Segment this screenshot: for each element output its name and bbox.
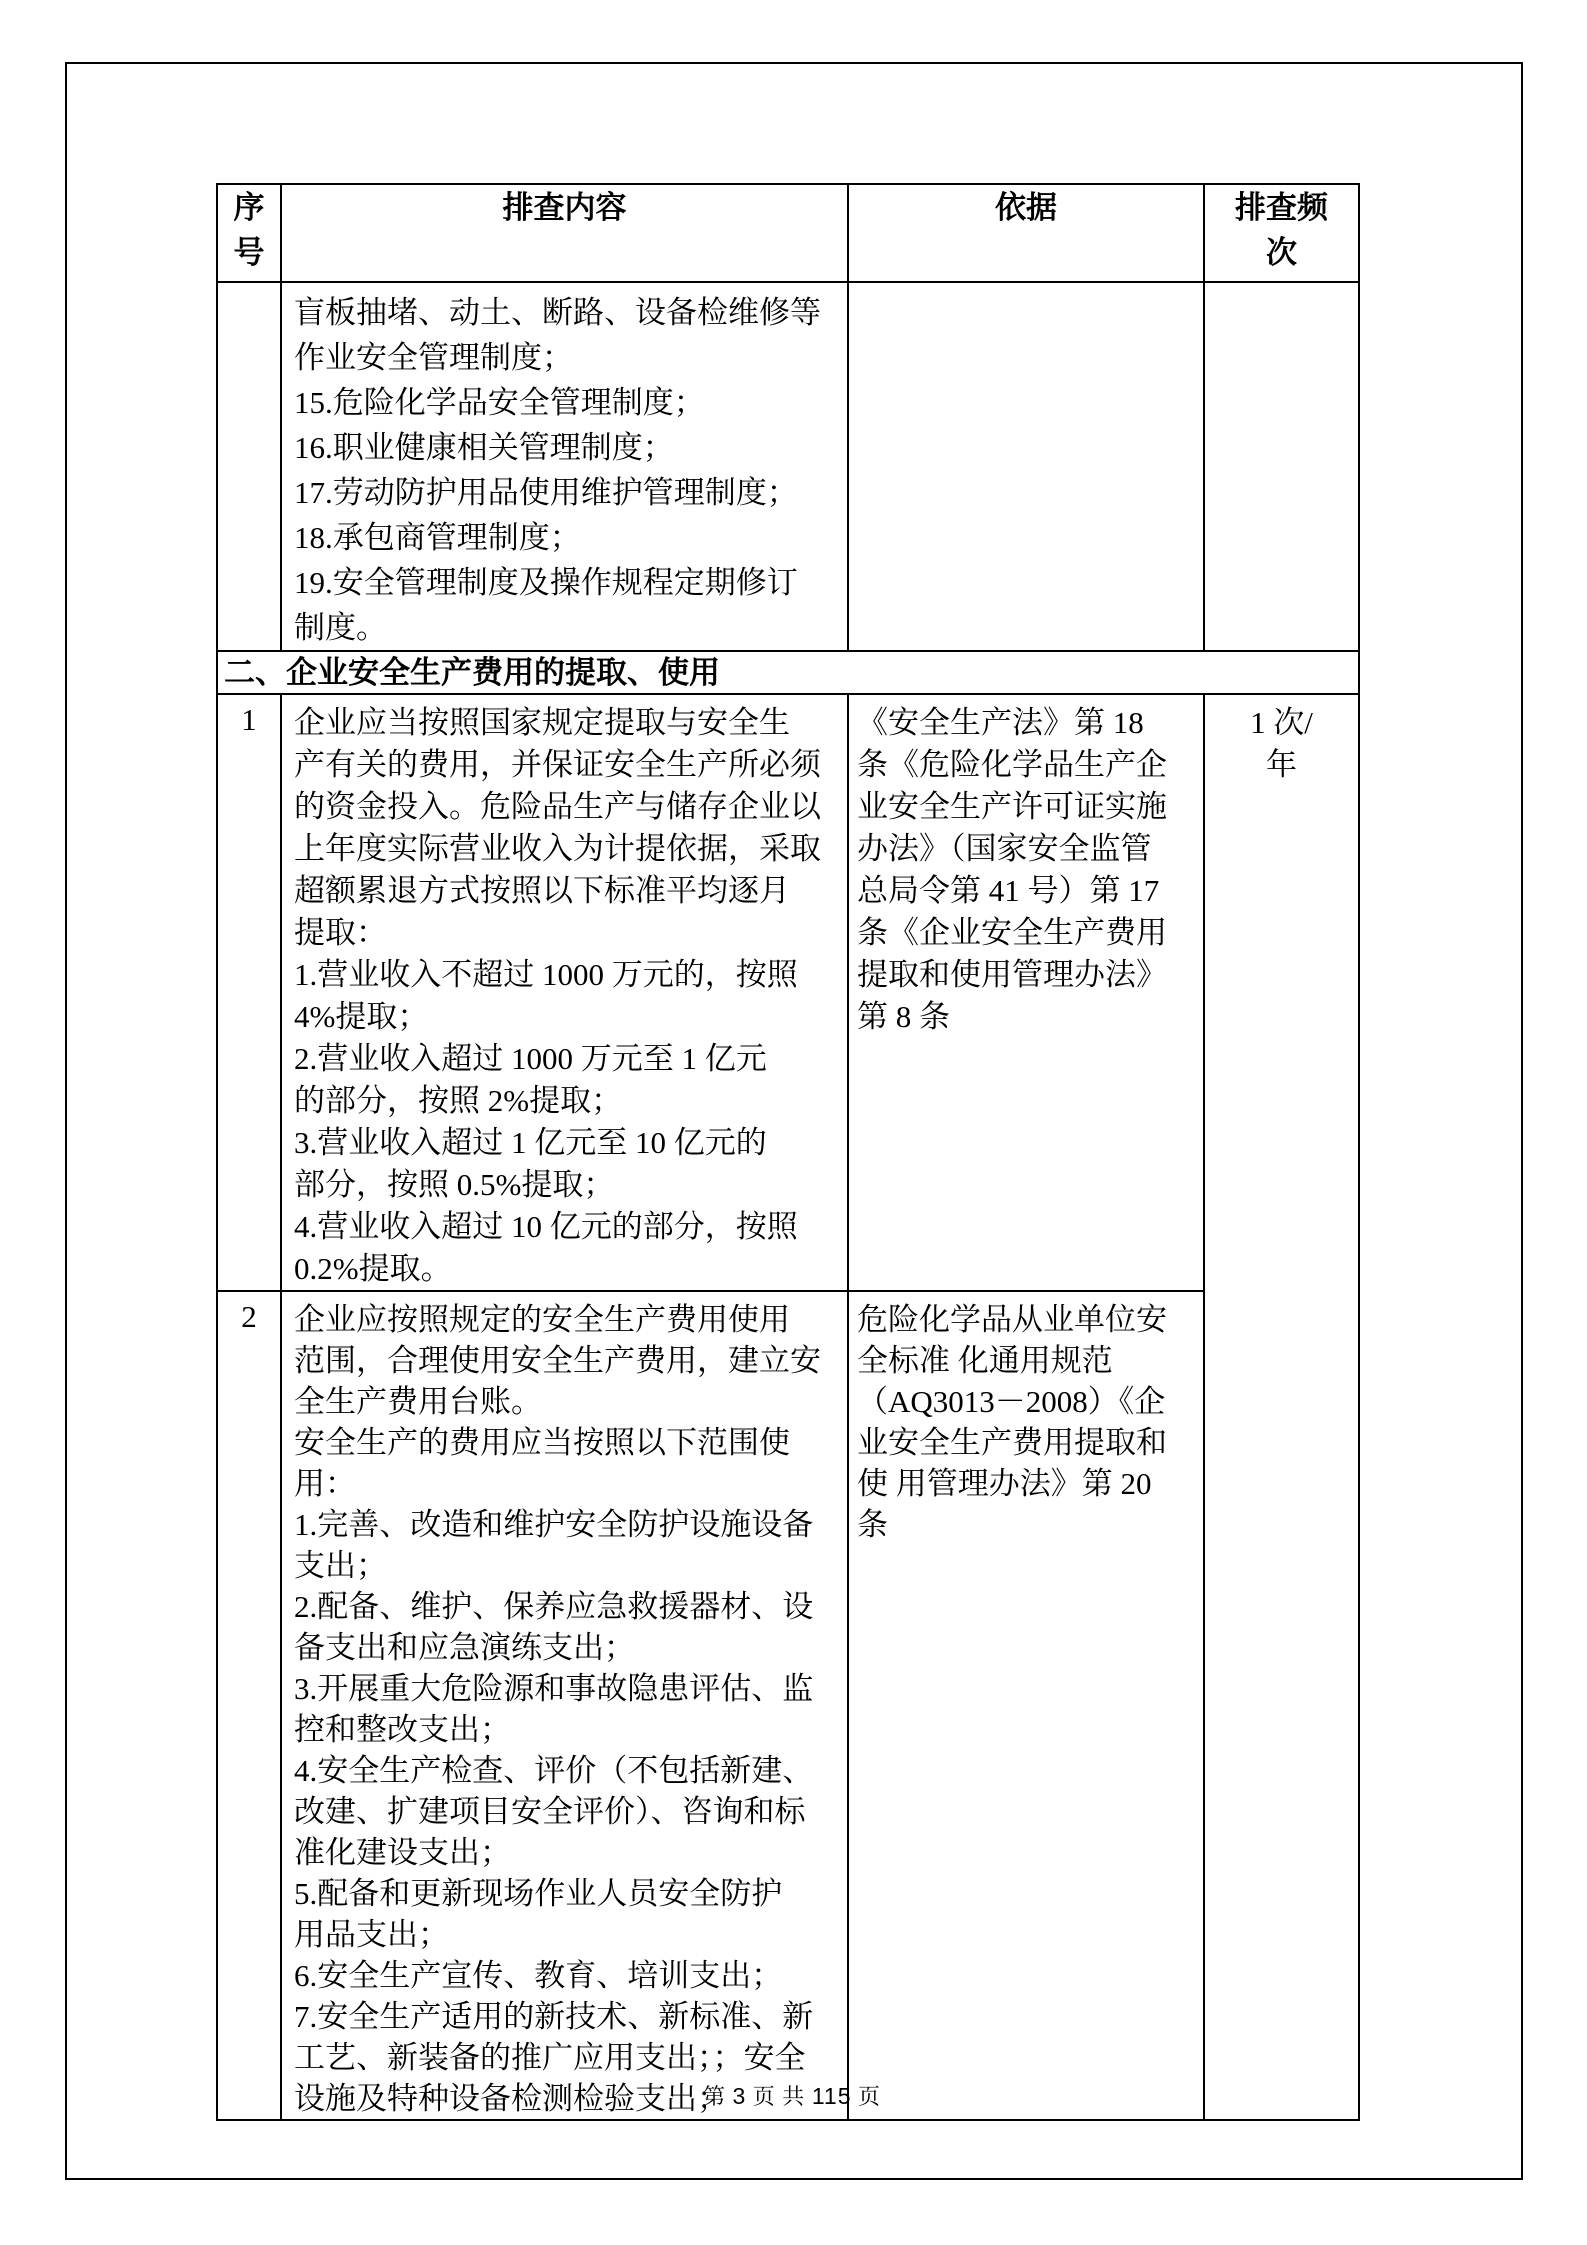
inspection-table: 序 号 排查内容 依据 排查频 次 盲板抽堵、动土、断路、设备检维修等 作业安全… bbox=[216, 183, 1360, 2121]
header-inspection-content: 排查内容 bbox=[281, 184, 848, 282]
continuation-serial-cell bbox=[217, 282, 281, 651]
table-row-1: 1 企业应当按照国家规定提取与安全生 产有关的费用，并保证安全生产所必须 的资金… bbox=[217, 694, 1359, 1291]
footer-page-number: 3 bbox=[733, 2083, 747, 2109]
row1-content-cell: 企业应当按照国家规定提取与安全生 产有关的费用，并保证安全生产所必须 的资金投入… bbox=[281, 694, 848, 1291]
row2-basis-cell: 危险化学品从业单位安 全标准 化通用规范 （AQ3013－2008）《企 业安全… bbox=[848, 1291, 1204, 2120]
footer-prefix: 第 bbox=[703, 2084, 726, 2109]
inspection-table-container: 序 号 排查内容 依据 排查频 次 盲板抽堵、动土、断路、设备检维修等 作业安全… bbox=[216, 183, 1360, 2121]
section-title: 二、企业安全生产费用的提取、使用 bbox=[217, 651, 1359, 694]
row1-basis-cell: 《安全生产法》第 18 条《危险化学品生产企 业安全生产许可证实施 办法》（国家… bbox=[848, 694, 1204, 1291]
continuation-frequency-cell bbox=[1204, 282, 1359, 651]
header-basis: 依据 bbox=[848, 184, 1204, 282]
row1-serial-cell: 1 bbox=[217, 694, 281, 1291]
footer-suffix: 页 bbox=[858, 2084, 881, 2109]
table-row-2: 2 企业应按照规定的安全生产费用使用 范围，合理使用安全生产费用，建立安 全生产… bbox=[217, 1291, 1359, 2120]
header-row: 序 号 排查内容 依据 排查频 次 bbox=[217, 184, 1359, 282]
footer-middle: 页 共 bbox=[753, 2084, 806, 2109]
header-frequency: 排查频 次 bbox=[1204, 184, 1359, 282]
continuation-content-cell: 盲板抽堵、动土、断路、设备检维修等 作业安全管理制度； 15.危险化学品安全管理… bbox=[281, 282, 848, 651]
table-row-continuation: 盲板抽堵、动土、断路、设备检维修等 作业安全管理制度； 15.危险化学品安全管理… bbox=[217, 282, 1359, 651]
header-serial-number: 序 号 bbox=[217, 184, 281, 282]
page-footer: 第 3 页 共 115 页 bbox=[65, 2080, 1519, 2111]
row2-content-cell: 企业应按照规定的安全生产费用使用 范围，合理使用安全生产费用，建立安 全生产费用… bbox=[281, 1291, 848, 2120]
section-header-row: 二、企业安全生产费用的提取、使用 bbox=[217, 651, 1359, 694]
row1-frequency-cell: 1 次/ 年 bbox=[1204, 694, 1359, 2120]
footer-total-pages: 115 bbox=[812, 2083, 852, 2109]
continuation-basis-cell bbox=[848, 282, 1204, 651]
row2-serial-cell: 2 bbox=[217, 1291, 281, 2120]
